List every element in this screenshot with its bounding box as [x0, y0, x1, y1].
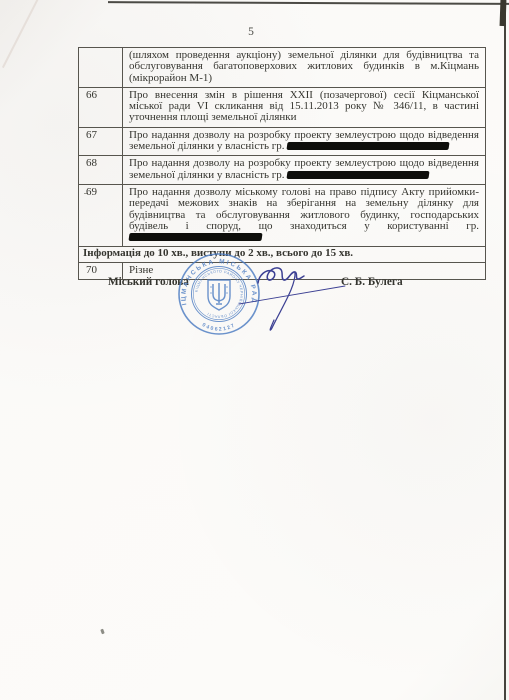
- item-text-content: (шляхом проведення аукціону) земельної д…: [129, 49, 479, 84]
- table-row: (шляхом проведення аукціону) земельної д…: [79, 48, 486, 88]
- item-number: 67: [79, 127, 123, 156]
- scan-speck: [100, 629, 105, 635]
- scan-artifact-right-edge: [504, 0, 506, 700]
- item-text-content: Про внесення змін в рішення ХХІІ (позаче…: [129, 89, 479, 124]
- page-number: 5: [0, 26, 502, 38]
- item-number: 69: [79, 184, 123, 246]
- table-row: 68 Про надання дозволу на розробку проек…: [79, 156, 486, 185]
- item-text: Про надання дозволу на розробку проекту …: [123, 127, 486, 156]
- redaction-bar: [287, 171, 430, 179]
- item-text-content: Про надання дозволу міському голові на п…: [129, 186, 479, 232]
- item-number: 66: [79, 87, 123, 127]
- agenda-table: (шляхом проведення аукціону) земельної д…: [78, 47, 486, 280]
- scan-artifact-corner: [500, 0, 507, 26]
- table-row: 66 Про внесення змін в рішення ХХІІ (поз…: [79, 87, 486, 127]
- handwritten-signature: [225, 250, 350, 340]
- table-row: 67 Про надання дозволу на розробку проек…: [79, 127, 486, 156]
- item-number: 68: [79, 156, 123, 185]
- scanned-page: 5 (шляхом проведення аукціону) земельної…: [0, 0, 509, 700]
- scan-artifact-top-edge: [108, 1, 509, 5]
- item-text: (шляхом проведення аукціону) земельної д…: [123, 48, 486, 88]
- item-number: [79, 48, 123, 88]
- redaction-bar: [287, 142, 450, 150]
- item-text: Про надання дозволу на розробку проекту …: [123, 156, 486, 185]
- signatory-name: С. Б. Булега: [341, 276, 403, 288]
- item-text: Про внесення змін в рішення ХХІІ (позаче…: [123, 87, 486, 127]
- table-row: 69 Про надання дозволу міському голові н…: [79, 184, 486, 246]
